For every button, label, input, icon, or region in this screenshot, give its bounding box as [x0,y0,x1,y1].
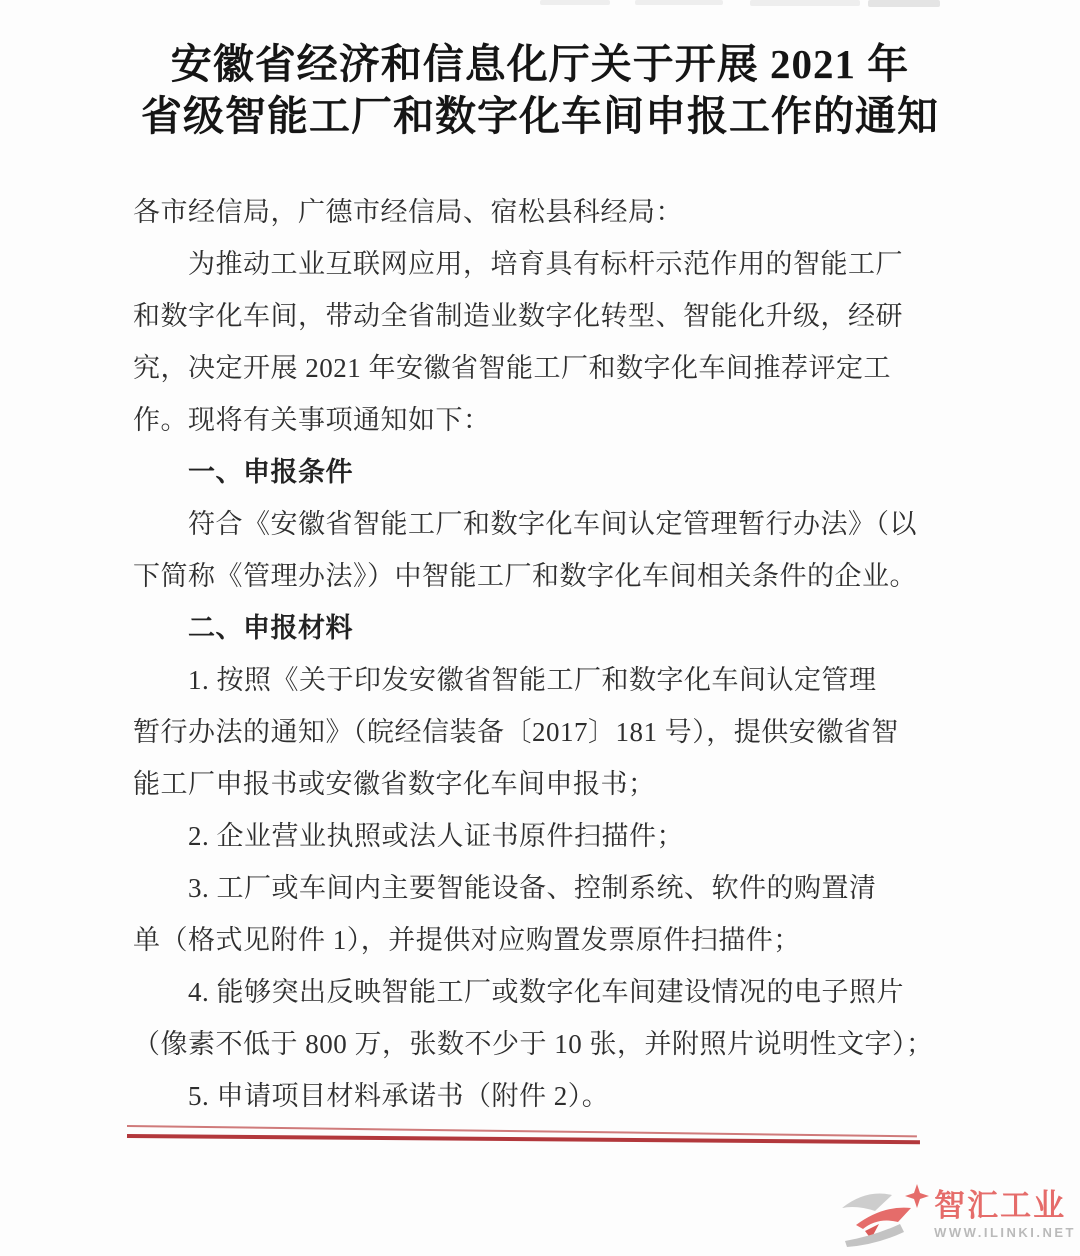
document-title: 安徽省经济和信息化厅关于开展 2021 年 省级智能工厂和数字化车间申报工作的通… [0,38,1080,142]
scanned-document-page: 安徽省经济和信息化厅关于开展 2021 年 省级智能工厂和数字化车间申报工作的通… [0,0,1080,1256]
watermark-url: WWW.ILINKI.NET [934,1225,1076,1240]
text-line: 为推动工业互联网应用，培育具有标杆示范作用的智能工厂 [133,238,933,290]
list-item: 3. 工厂或车间内主要智能设备、控制系统、软件的购置清 [133,862,933,914]
watermark-text: 智汇工业 WWW.ILINKI.NET [934,1190,1076,1240]
list-item: 5. 申请项目材料承诺书（附件 2）。 [133,1070,933,1122]
list-item: 1. 按照《关于印发安徽省智能工厂和数字化车间认定管理 [133,654,933,706]
text-line: 究，决定开展 2021 年安徽省智能工厂和数字化车间推荐评定工 [133,342,933,394]
salutation-line: 各市经信局，广德市经信局、宿松县科经局： [133,186,933,238]
watermark: 智汇工业 WWW.ILINKI.NET [838,1182,1076,1248]
scan-artifact [750,0,860,6]
zhihui-industry-logo-icon [838,1182,930,1248]
list-item: 2. 企业营业执照或法人证书原件扫描件； [133,810,933,862]
list-item: 4. 能够突出反映智能工厂或数字化车间建设情况的电子照片 [133,966,933,1018]
section-heading-1: 一、申报条件 [133,446,933,498]
watermark-brand: 智汇工业 [934,1190,1066,1223]
document-body: 各市经信局，广德市经信局、宿松县科经局： 为推动工业互联网应用，培育具有标杆示范… [133,186,933,1122]
text-line: 能工厂申报书或安徽省数字化车间申报书； [133,758,933,810]
section-heading-2: 二、申报材料 [133,602,933,654]
text-line: （像素不低于 800 万，张数不少于 10 张，并附照片说明性文字）； [133,1018,933,1070]
text-line: 单（格式见附件 1），并提供对应购置发票原件扫描件； [133,914,933,966]
scan-artifact [635,0,723,5]
text-line: 符合《安徽省智能工厂和数字化车间认定管理暂行办法》（以 [133,498,933,550]
document-title-line1: 安徽省经济和信息化厅关于开展 2021 年 [0,38,1080,90]
text-line: 下简称《管理办法》）中智能工厂和数字化车间相关条件的企业。 [133,550,933,602]
text-line: 作。现将有关事项通知如下： [133,394,933,446]
text-line: 和数字化车间，带动全省制造业数字化转型、智能化升级，经研 [133,290,933,342]
scan-artifact [868,0,940,7]
scan-artifact [540,0,610,5]
text-line: 暂行办法的通知》（皖经信装备〔2017〕181 号），提供安徽省智 [133,706,933,758]
document-title-line2: 省级智能工厂和数字化车间申报工作的通知 [0,90,1080,142]
